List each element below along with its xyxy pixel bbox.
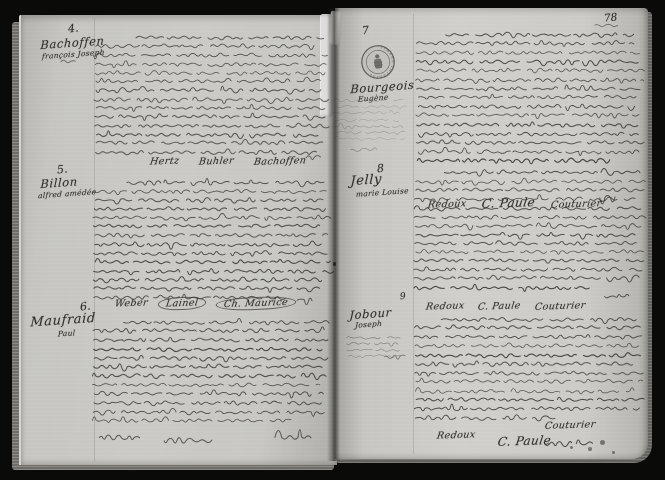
act-number-4: 4. <box>67 21 79 35</box>
margin-firstnames: Joseph <box>355 319 382 330</box>
foxing-dot <box>588 447 592 451</box>
signature-circled: Lainel <box>157 296 207 311</box>
foxing-dot <box>570 446 573 449</box>
signature: Redoux <box>425 300 465 312</box>
margin-entry-bachoffen: Bachoffen françois Joseph <box>39 34 100 72</box>
signature: Couturier <box>534 300 586 313</box>
signature: Hertz <box>149 155 180 167</box>
margin-entry-jobour: Jobour Joseph <box>348 304 413 343</box>
page-number: 78 <box>603 11 618 24</box>
margin-entry-maufraid: Maufraid Paul <box>29 310 100 349</box>
signatures-act-8: Redoux C. Paule Couturier <box>426 301 585 312</box>
signature: Bachoffen <box>253 155 307 168</box>
signature: C. Paule <box>497 433 552 449</box>
signature: Couturier <box>544 419 596 432</box>
left-page <box>19 15 337 465</box>
margin-entry-bourgeois: Bourgeois Eugène <box>350 78 415 113</box>
margin-firstnames: Eugène <box>358 93 389 104</box>
act-number-9: 9 <box>399 292 406 303</box>
signature: C. Paule <box>478 300 522 312</box>
signatures-act-5: Weber Lainel Ch. Maurice <box>115 297 296 310</box>
margin-entry-jelly: Jelly marie Louise <box>349 170 414 209</box>
gutter-speck <box>333 262 336 266</box>
margin-name: Maufraid <box>30 311 96 331</box>
signature-circled: Ch. Maurice <box>215 296 297 312</box>
signatures-act-7: Redoux C. Paule Couturier <box>428 196 602 210</box>
left-page-margin-rule <box>94 18 95 462</box>
foxing-dot <box>600 440 605 445</box>
scanned-register-spread: 78 TIMBRE IMPÉRIAL 4. Bachoffen françois… <box>0 0 665 480</box>
margin-firstnames: Paul <box>58 328 76 338</box>
signature: Redoux <box>436 429 476 441</box>
signature: Buhler <box>198 155 235 167</box>
signature: C. Paule <box>481 195 536 211</box>
binding-gutter <box>327 8 340 461</box>
margin-name: Jelly <box>350 172 382 189</box>
act-number-7: 7 <box>361 24 369 38</box>
signature: Weber <box>114 297 149 309</box>
foxing-dot <box>612 451 615 454</box>
signature: Couturier <box>550 198 602 211</box>
margin-entry-billon: Billon alfred amédée <box>39 173 100 211</box>
signatures-act-4: Hertz Buhler Bachoffen <box>150 156 306 167</box>
signature: Redoux <box>427 198 467 210</box>
